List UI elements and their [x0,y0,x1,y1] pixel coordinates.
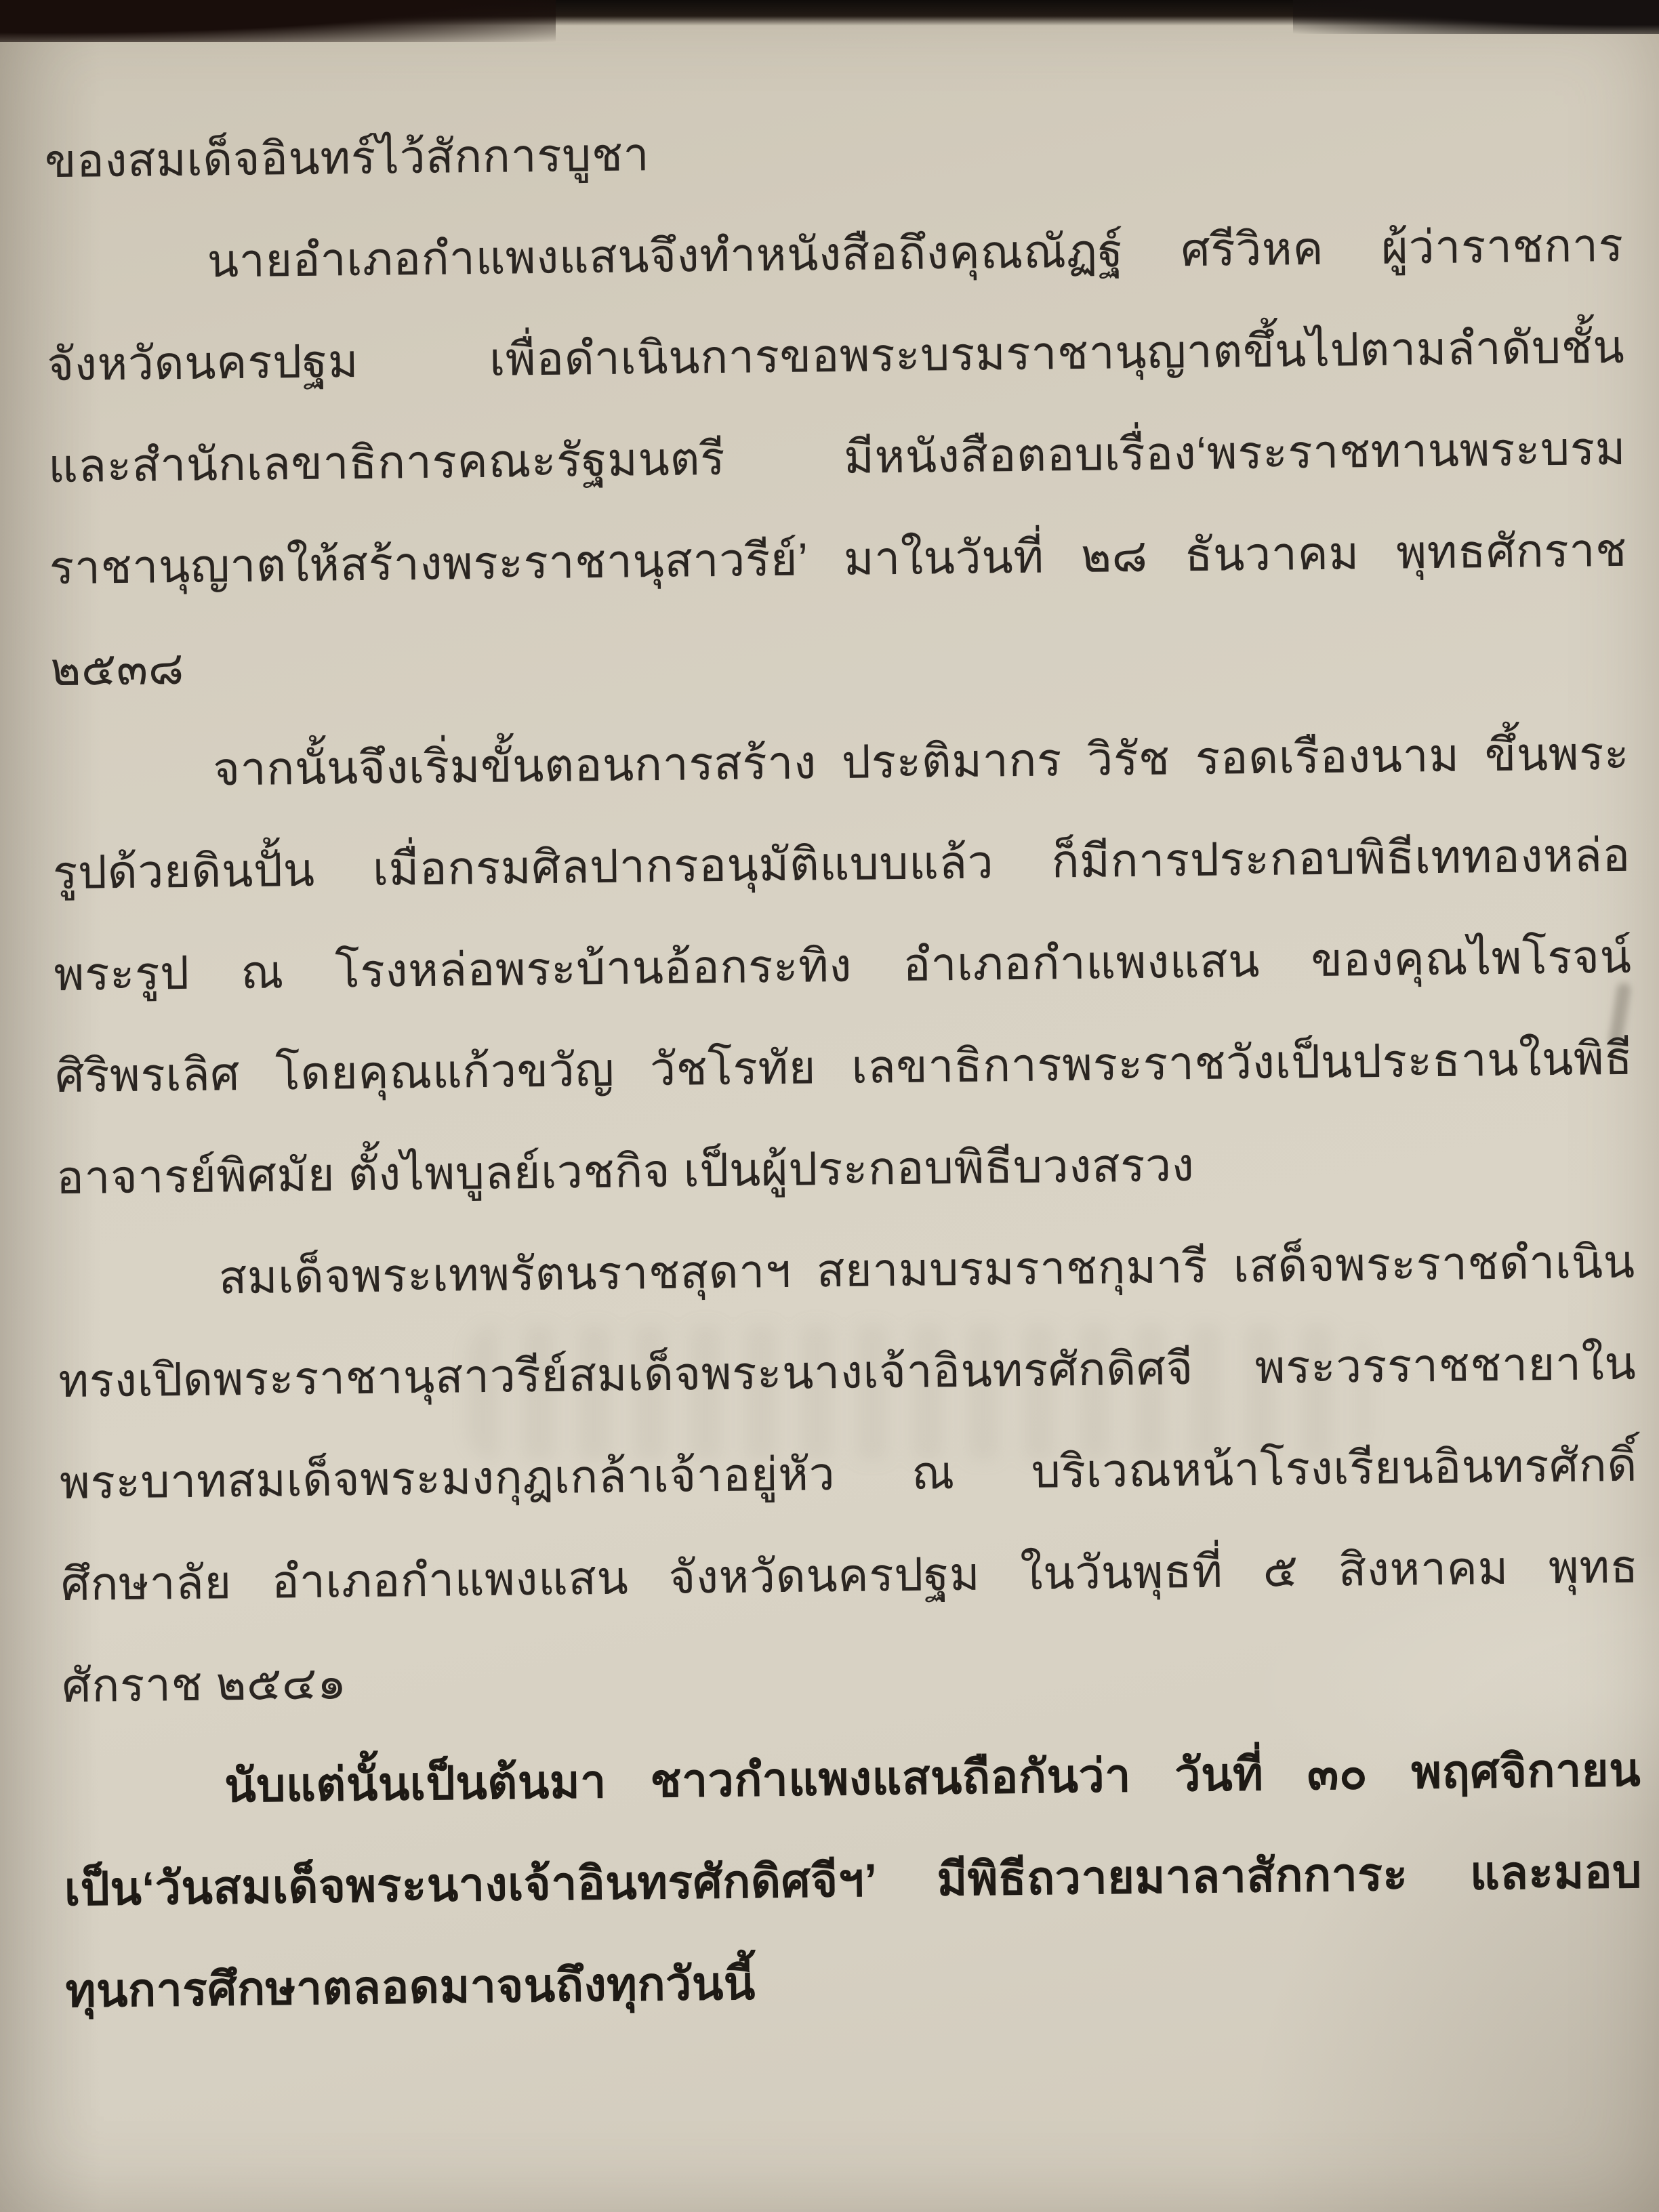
text-line: รูปด้วยดินปั้น เมื่อกรมศิลปากรอนุมัติแบบ… [52,804,1631,924]
text-line: และสำนักเลขาธิการคณะรัฐมนตรี มีหนังสือตอ… [47,398,1626,517]
text-line: ของสมเด็จอินทร์ไว้สักการบูชา [44,93,1623,212]
book-page-photo: ของสมเด็จอินทร์ไว้สักการบูชา นายอำเภอกำแ… [0,0,1659,2212]
page-text-block: ของสมเด็จอินทร์ไว้สักการบูชา นายอำเภอกำแ… [44,93,1643,2042]
text-line: จากนั้นจึงเริ่มขั้นตอนการสร้าง ประติมากร… [51,703,1630,822]
text-line: สมเด็จพระเทพรัตนราชสุดาฯ สยามบรมราชกุมาร… [57,1211,1636,1330]
text-line: ทรงเปิดพระราชานุสาวรีย์สมเด็จพระนางเจ้าอ… [58,1313,1637,1432]
text-line-bold: นับแต่นั้นเป็นต้นมา ชาวกำแพงแสนถือกันว่า… [62,1719,1641,1839]
photo-dark-edge [0,0,1659,26]
text-line: พระรูป ณ โรงหล่อพระบ้านอ้อกระทิง อำเภอกำ… [54,906,1633,1025]
text-line: ราชานุญาตให้สร้างพระราชานุสาวรีย์’ มาในว… [49,499,1628,619]
text-line: พระบาทสมเด็จพระมงกุฎเกล้าเจ้าอยู่หัว ณ บ… [59,1414,1638,1534]
text-line-bold: ทุนการศึกษาตลอดมาจนถึงทุกวันนี้ [65,1923,1644,2042]
text-line-bold: เป็น‘วันสมเด็จพระนางเจ้าอินทรศักดิศจีฯ’ … [64,1821,1643,1940]
text-line: ศิริพรเลิศ โดยคุณแก้วขวัญ วัชโรทัย เลขาธ… [54,1008,1633,1127]
text-line: ศักราช ๒๕๔๑ [62,1618,1641,1737]
text-line: ศึกษาลัย อำเภอกำแพงแสน จังหวัดนครปฐม ในว… [60,1516,1639,1635]
text-line: อาจารย์พิศมัย ตั้งไพบูลย์เวชกิจ เป็นผู้ป… [56,1109,1635,1229]
text-line: ๒๕๓๘ [50,601,1629,720]
text-line: จังหวัดนครปฐม เพื่อดำเนินการขอพระบรมราชา… [47,296,1626,415]
text-line: นายอำเภอกำแพงแสนจึงทำหนังสือถึงคุณณัฏฐ์ … [45,194,1624,314]
